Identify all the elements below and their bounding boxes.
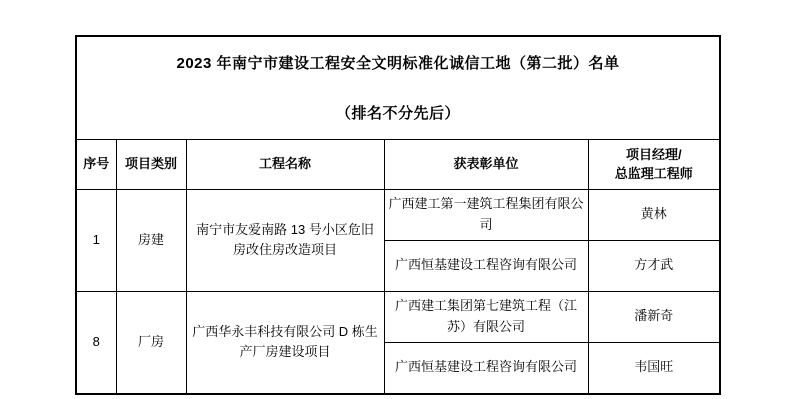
table-row: 8 厂房 广西华永丰科技有限公司 D 栋生产厂房建设项目 广西建工集团第七建筑工… (76, 291, 720, 342)
title-cell: 2023 年南宁市建设工程安全文明标准化诚信工地（第二批）名单 （排名不分先后） (76, 36, 720, 139)
header-row: 序号 项目类别 工程名称 获表彰单位 项目经理/ 总监理工程师 (76, 139, 720, 189)
cell-manager: 黄林 (588, 189, 720, 240)
table-row: 1 房建 南宁市友爱南路 13 号小区危旧房改住房改造项目 广西建工第一建筑工程… (76, 189, 720, 240)
table-title: 2023 年南宁市建设工程安全文明标准化诚信工地（第二批）名单 (77, 37, 719, 75)
cell-unit: 广西恒基建设工程咨询有限公司 (384, 342, 588, 394)
col-header-project: 工程名称 (186, 139, 384, 189)
cell-unit: 广西恒基建设工程咨询有限公司 (384, 240, 588, 291)
col-header-unit: 获表彰单位 (384, 139, 588, 189)
col-header-manager: 项目经理/ 总监理工程师 (588, 139, 720, 189)
cell-project: 南宁市友爱南路 13 号小区危旧房改住房改造项目 (186, 189, 384, 291)
cell-project: 广西华永丰科技有限公司 D 栋生产厂房建设项目 (186, 291, 384, 394)
cell-category: 房建 (116, 189, 186, 291)
cell-seq: 8 (76, 291, 116, 394)
cell-manager: 方才武 (588, 240, 720, 291)
cell-seq: 1 (76, 189, 116, 291)
title-row: 2023 年南宁市建设工程安全文明标准化诚信工地（第二批）名单 （排名不分先后） (76, 36, 720, 139)
col-header-manager-line1: 项目经理/ (593, 145, 716, 165)
table-subtitle: （排名不分先后） (77, 75, 719, 138)
col-header-category: 项目类别 (116, 139, 186, 189)
cell-unit: 广西建工集团第七建筑工程（江苏）有限公司 (384, 291, 588, 342)
document-page: 2023 年南宁市建设工程安全文明标准化诚信工地（第二批）名单 （排名不分先后）… (0, 0, 793, 399)
cell-manager: 潘新奇 (588, 291, 720, 342)
credit-sites-table: 2023 年南宁市建设工程安全文明标准化诚信工地（第二批）名单 （排名不分先后）… (75, 35, 721, 395)
col-header-manager-line2: 总监理工程师 (593, 164, 716, 184)
cell-unit: 广西建工第一建筑工程集团有限公司 (384, 189, 588, 240)
cell-manager: 韦国旺 (588, 342, 720, 394)
col-header-seq: 序号 (76, 139, 116, 189)
cell-category: 厂房 (116, 291, 186, 394)
